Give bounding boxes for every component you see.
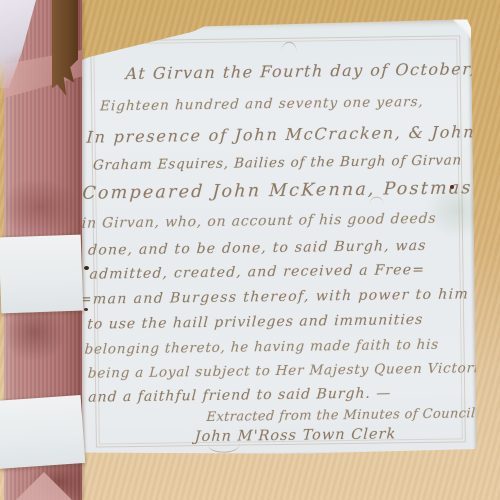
paper-band-upper bbox=[0, 235, 83, 314]
paper-corner-fold bbox=[453, 19, 471, 39]
document-line-13: and a faithful friend to said Burgh. — bbox=[88, 385, 392, 405]
document-line-9: =man and Burgess thereof, with power to … bbox=[79, 286, 469, 307]
document-line-3: In presence of John McCracken, & John bbox=[86, 122, 476, 146]
document-line-1: At Girvan the Fourth day of October, bbox=[125, 59, 477, 83]
flourish-mark bbox=[281, 41, 298, 54]
document-line-12: being a Loyal subject to Her Majesty Que… bbox=[87, 360, 493, 382]
manuscript-paper: At Girvan the Fourth day of October, Eig… bbox=[73, 19, 477, 457]
dark-speck-lower bbox=[84, 308, 88, 311]
document-line-10: to use the haill privileges and immuniti… bbox=[87, 312, 424, 333]
document-line-8: admitted, created, and received a Free= bbox=[89, 262, 426, 283]
document-line-4: Graham Esquires, Bailies of the Burgh of… bbox=[93, 152, 463, 173]
document-line-7: done, and to be done, to said Burgh, was bbox=[88, 238, 427, 259]
attestation-line: Extracted from the Minutes of Council by bbox=[206, 406, 497, 425]
document-line-6: in Girvan, who, on account of his good d… bbox=[81, 211, 436, 232]
dark-speck-upper bbox=[84, 266, 89, 270]
signature-line: John M'Ross Town Clerk bbox=[194, 426, 396, 445]
paper-band-lower bbox=[0, 395, 85, 469]
document-line-11: belonging thereto, he having made faith … bbox=[84, 337, 439, 358]
document-line-2: Eighteen hundred and seventy one years, bbox=[100, 94, 425, 115]
red-wax-speck bbox=[450, 185, 454, 189]
ribbon-stain-mid bbox=[8, 313, 66, 361]
ribbon-shadow-patch bbox=[6, 178, 80, 236]
framed-document-photo: At Girvan the Fourth day of October, Eig… bbox=[0, 0, 500, 500]
